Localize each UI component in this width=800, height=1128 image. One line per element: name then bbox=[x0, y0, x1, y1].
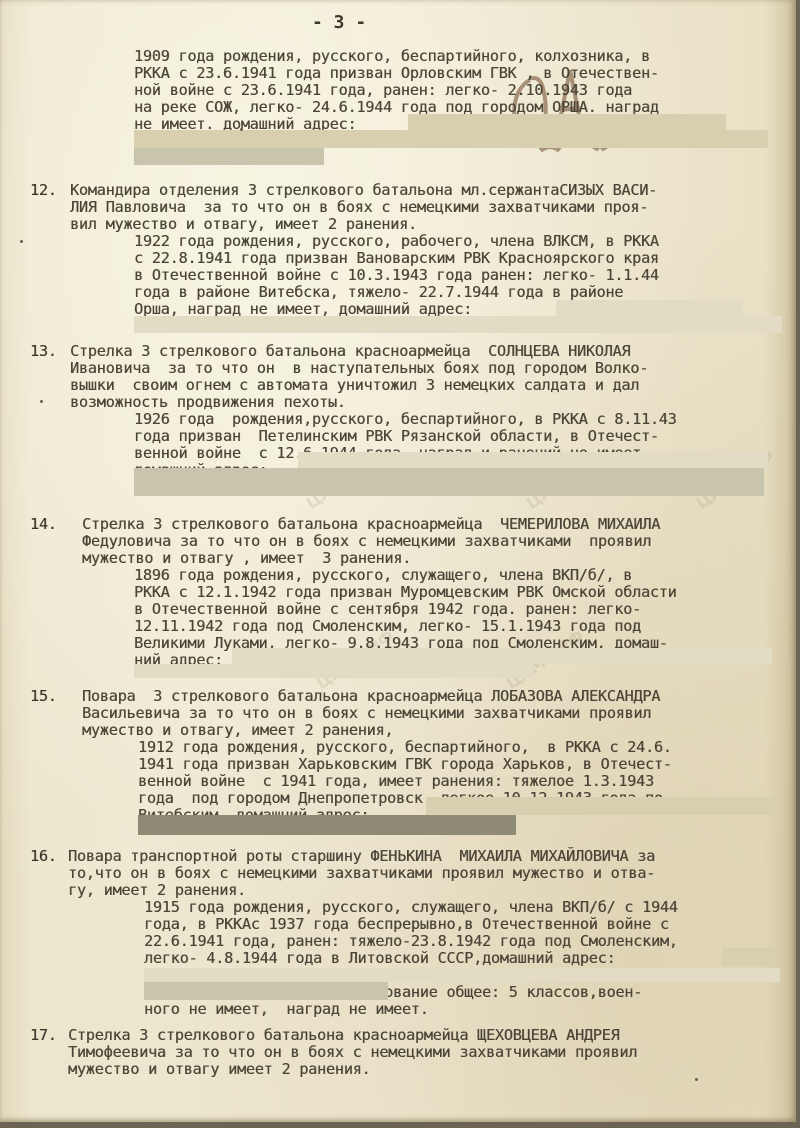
text-line: ЛИЯ Павловича за то что он в боях с неме… bbox=[70, 199, 648, 215]
document-page: ЦАМО РФ ЦАМО РФ ЦАМО РФ ЦАМО РФ ЦАМО РФ … bbox=[0, 0, 796, 1122]
text-line: то,что он в боях с немецкими захватчикам… bbox=[68, 865, 655, 881]
redacted-address bbox=[134, 316, 782, 333]
redacted-address bbox=[134, 130, 768, 148]
text-line: ного не имеет, наград не имеет. bbox=[144, 1001, 429, 1017]
text-line: вил мужество и отвагу, имеет 2 ранения. bbox=[70, 216, 417, 232]
text-line: Стрелка 3 стрелкового батальона красноар… bbox=[68, 1027, 619, 1043]
text-line: Федуловича за то что он в боях с немецки… bbox=[82, 533, 651, 549]
text-line: года, в РККАс 1937 года беспрерывно,в От… bbox=[144, 916, 669, 932]
redacted-address bbox=[134, 148, 324, 165]
paper-speck bbox=[240, 128, 243, 131]
text-line: Васильевича за то что он в боях с немецк… bbox=[82, 705, 651, 721]
text-line: 1915 года рождения, русского, служащего,… bbox=[144, 899, 678, 915]
text-line: года в районе Витебска, тяжело- 22.7.194… bbox=[134, 284, 623, 300]
redacted-address bbox=[138, 815, 516, 835]
text-line: Командира отделения 3 стрелкового баталь… bbox=[70, 182, 657, 198]
entry-number: 13. bbox=[30, 343, 57, 359]
text-line: Повара 3 стрелкового батальона красноарм… bbox=[82, 688, 660, 704]
redacted-address bbox=[144, 968, 780, 982]
text-line: Тимофеевича за то что он в боях с немецк… bbox=[68, 1044, 637, 1060]
redacted-address bbox=[144, 982, 388, 1000]
redacted-address bbox=[134, 664, 534, 678]
text-line: 1909 года рождения, русского, беспартийн… bbox=[134, 48, 650, 64]
redacted-address bbox=[134, 468, 764, 496]
redacted-address bbox=[232, 648, 772, 664]
text-line: на реке СОЖ, легко- 24.6.1944 года под г… bbox=[134, 99, 659, 115]
text-line: 12.11.1942 года под Смоленским, легко- 1… bbox=[134, 618, 641, 634]
text-line: 1896 года рождения, русского, служащего,… bbox=[134, 567, 632, 583]
text-line: возможность продвижения пехоты. bbox=[70, 394, 346, 410]
text-line: легко- 4.8.1944 года в Литовской СССР,до… bbox=[144, 950, 615, 966]
redacted-address bbox=[408, 114, 726, 130]
text-line: мужество и отвагу , имеет 3 ранения. bbox=[82, 550, 411, 566]
text-line: в Отечественной войне с 10.3.1943 года р… bbox=[134, 267, 659, 283]
text-line: 22.6.1941 года, ранен: тяжело-23.8.1942 … bbox=[144, 933, 678, 949]
entry-number: 14. bbox=[30, 516, 57, 532]
paper-speck bbox=[695, 1078, 698, 1081]
text-line: вышки своим огнем с автомата уничтожил 3… bbox=[70, 377, 639, 393]
text-line: мужество и отвагу, имеет 2 ранения, bbox=[82, 722, 393, 738]
text-line: ной войне с 23.6.1941 года, ранен: легко… bbox=[134, 82, 632, 98]
text-line: Ивановича за то что он в наступательных … bbox=[70, 360, 648, 376]
paper-speck bbox=[20, 240, 23, 243]
text-line: 1912 года рождения, русского, беспартийн… bbox=[138, 739, 672, 755]
text-line: венной войне с 1941 года, имеет ранения:… bbox=[138, 773, 654, 789]
redacted-address bbox=[556, 300, 742, 317]
text-line: Стрелка 3 стрелкового батальона красноар… bbox=[82, 516, 660, 532]
redacted-address bbox=[426, 797, 778, 815]
text-line: Орша, наград не имеет, домашний адрес: bbox=[134, 301, 472, 317]
text-line: 1941 года призван Харьковским ГВК города… bbox=[138, 756, 672, 772]
text-line: мужество и отвагу имеет 2 ранения. bbox=[68, 1061, 370, 1077]
text-line: РККА с 12.1.1942 года призван Муромцевск… bbox=[134, 584, 677, 600]
redacted-address bbox=[722, 948, 778, 966]
entry-number: 17. bbox=[30, 1027, 57, 1043]
paper-speck bbox=[40, 400, 43, 403]
text-line: гу, имеет 2 ранения. bbox=[68, 882, 246, 898]
text-line: с 22.8.1941 года призван Вановарским РВК… bbox=[134, 250, 659, 266]
entry-number: 16. bbox=[30, 848, 57, 864]
text-line: 1926 года рождения,русского, беспартийно… bbox=[134, 411, 677, 427]
entry-number: 15. bbox=[30, 688, 57, 704]
text-line: РККА с 23.6.1941 года призван Орловским … bbox=[134, 65, 659, 81]
entry-number: 12. bbox=[30, 182, 57, 198]
text-line: в Отечественной войне с сентября 1942 го… bbox=[134, 601, 641, 617]
page-number: - 3 - bbox=[312, 12, 366, 33]
text-line: Повара транспортной роты старшину ФЕНЬКИ… bbox=[68, 848, 655, 864]
text-line: Стрелка 3 стрелкового батальона красноар… bbox=[70, 343, 630, 359]
text-line: 1922 года рождения, русского, рабочего, … bbox=[134, 233, 659, 249]
redacted-address bbox=[298, 452, 768, 468]
text-line: года призван Петелинским РВК Рязанской о… bbox=[134, 428, 659, 444]
